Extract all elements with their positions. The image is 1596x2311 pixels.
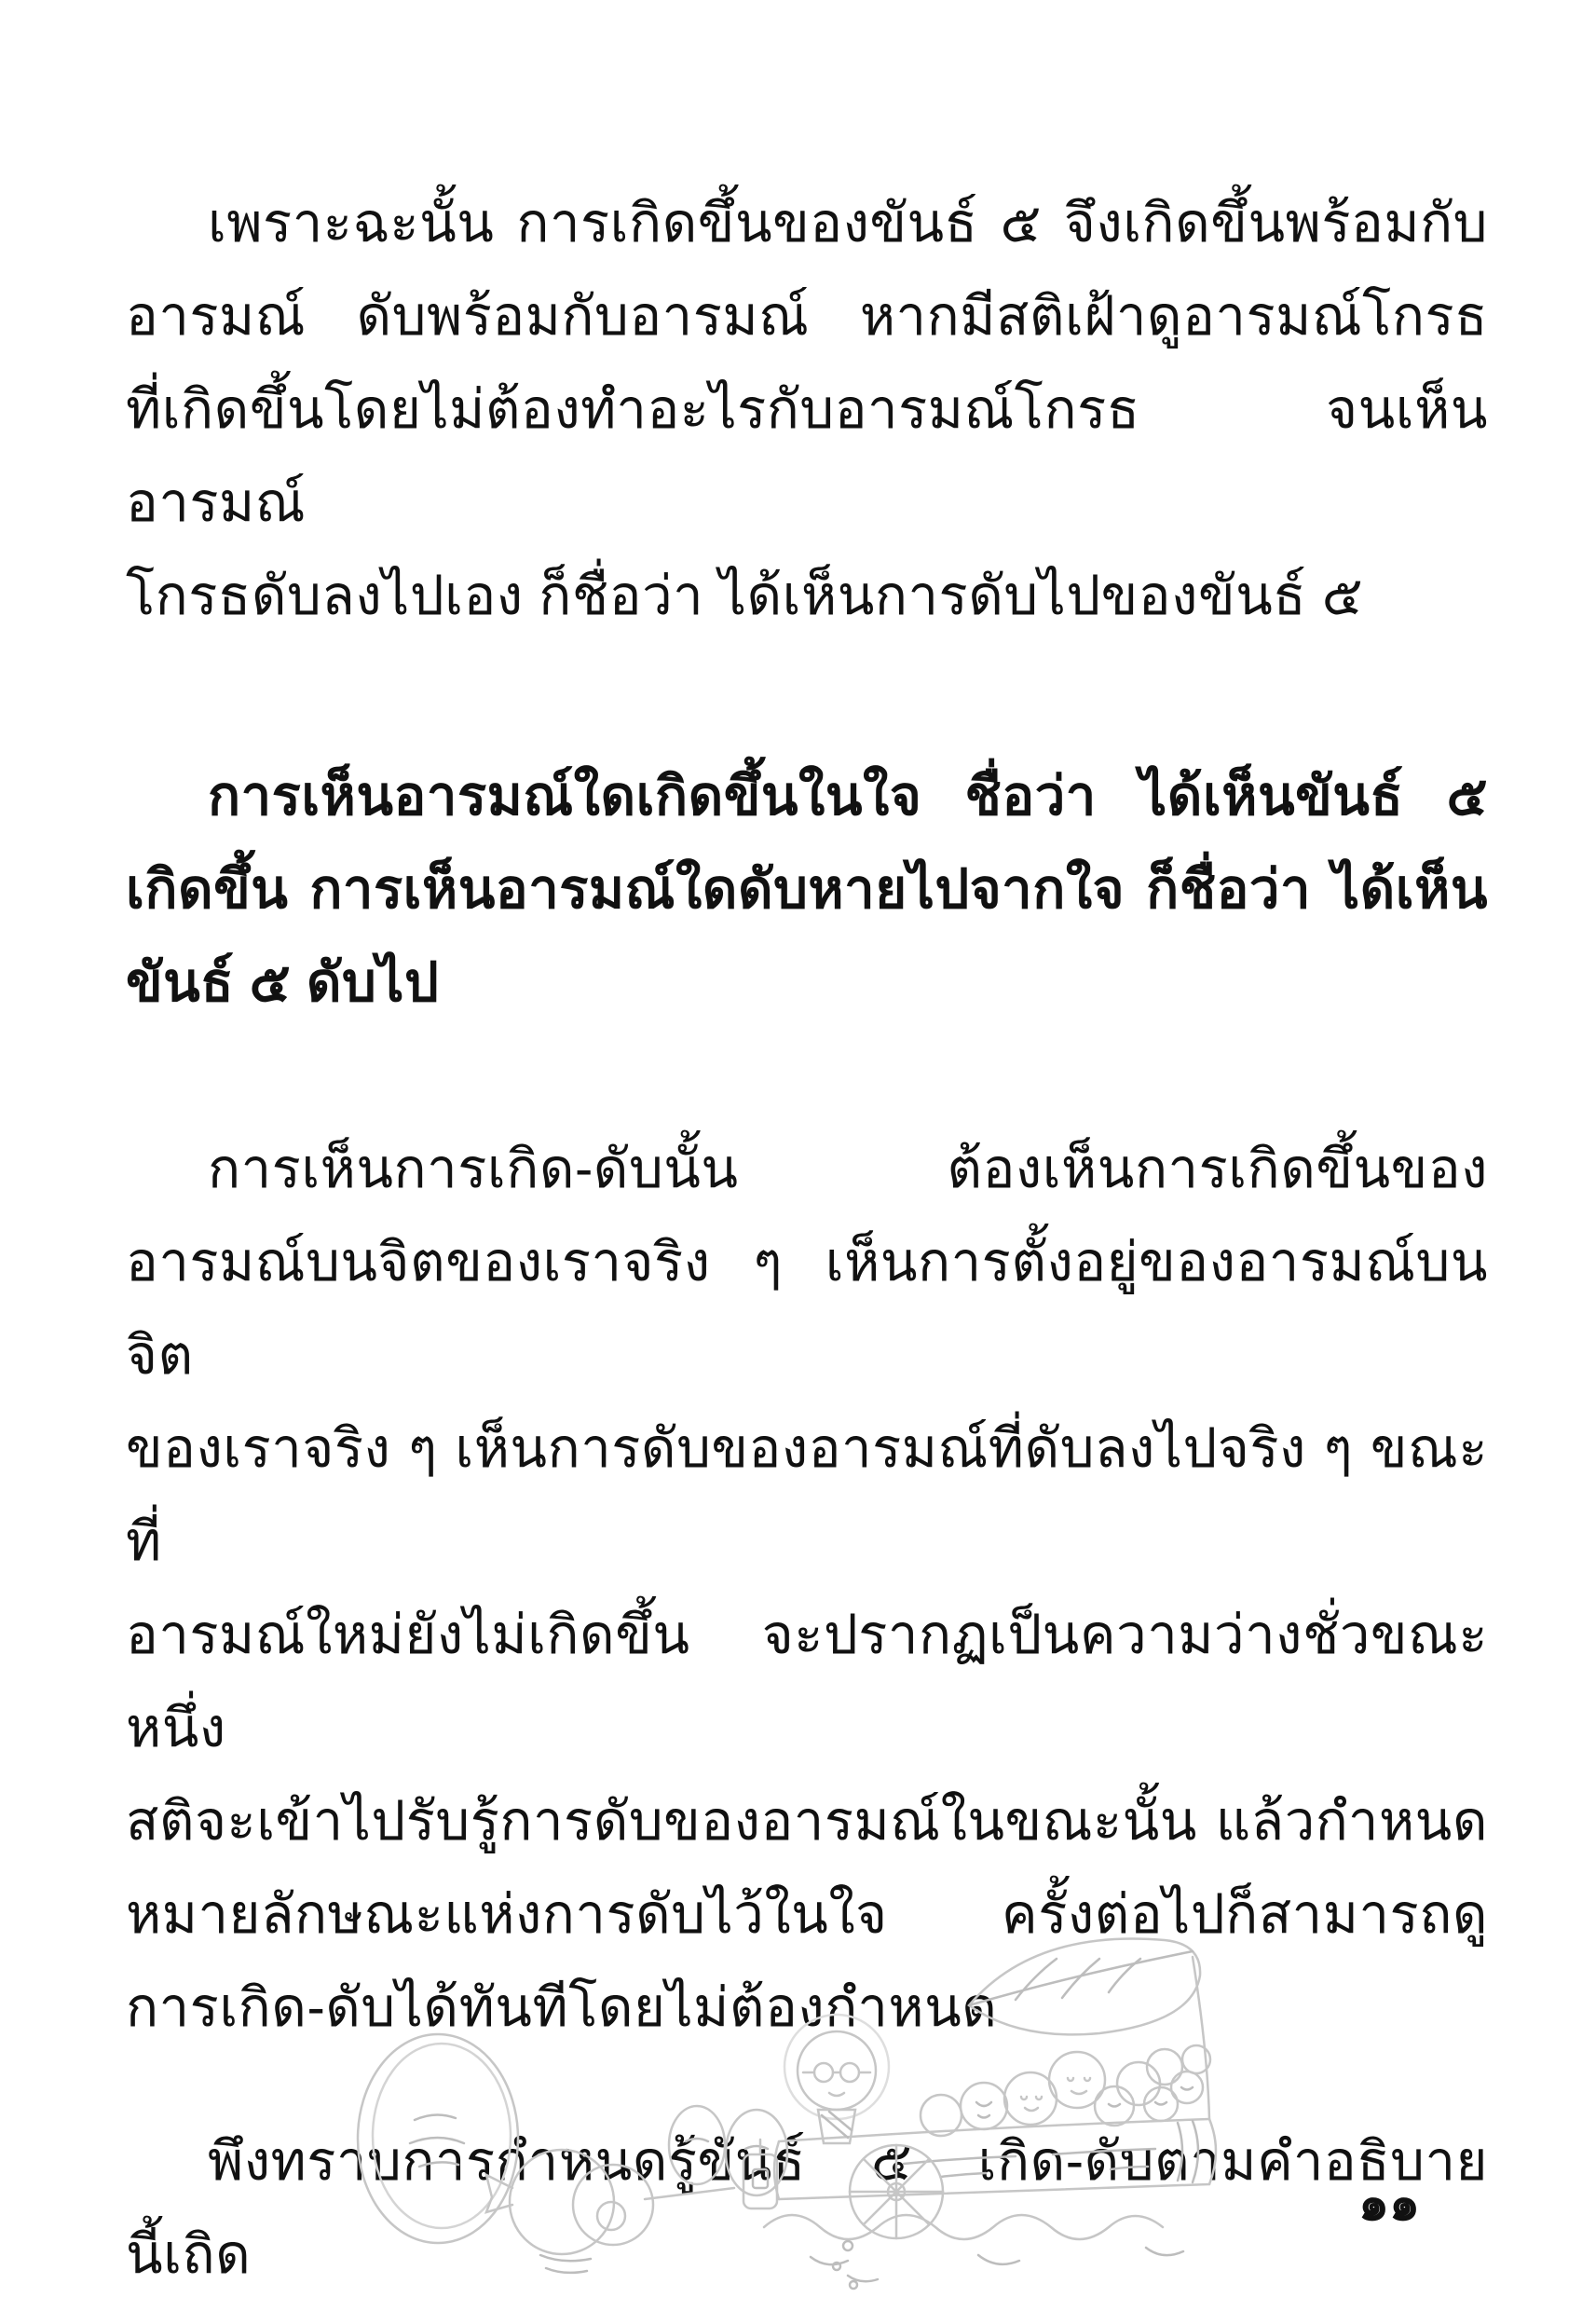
paragraph: การเห็นการเกิด-ดับนั้น ต้องเห็นการเกิดขึ… xyxy=(126,1123,1488,2055)
water-waves-icon xyxy=(764,2215,1183,2289)
text-line: อารมณ์ใหม่ยังไม่เกิดขึ้น จะปรากฏเป็นความ… xyxy=(126,1589,1488,1775)
book-page: เพราะฉะนั้น การเกิดขึ้นของขันธ์ ๕ จึงเกิ… xyxy=(0,0,1596,2311)
text-line: การเห็นการเกิด-ดับนั้น ต้องเห็นการเกิดขึ… xyxy=(126,1123,1488,1216)
passengers-icon xyxy=(784,2015,1210,2143)
paragraph-emphasis: การเห็นอารมณ์ใดเกิดขึ้นในใจ ชื่อว่า ได้เ… xyxy=(126,750,1488,1030)
snail-icon xyxy=(486,2150,734,2273)
wheel-icon xyxy=(850,2145,943,2238)
text-line: อารมณ์บนจิตของเราจริง ๆ เห็นการตั้งอยู่ข… xyxy=(126,1216,1488,1402)
text-line: เพราะฉะนั้น การเกิดขึ้นของขันธ์ ๕ จึงเกิ… xyxy=(126,177,1488,270)
text-line: อารมณ์ ดับพร้อมกับอารมณ์ หากมีสติเฝ้าดูอ… xyxy=(126,270,1488,363)
lantern-icon xyxy=(743,2140,777,2208)
speech-bubble-icon xyxy=(358,2034,518,2243)
text-line: เกิดขึ้น การเห็นอารมณ์ใดดับหายไปจากใจ ก็… xyxy=(126,843,1488,937)
paragraph: เพราะฉะนั้น การเกิดขึ้นของขันธ์ ๕ จึงเกิ… xyxy=(126,177,1488,643)
text-line: สติจะเข้าไปรับรู้การดับของอารมณ์ในขณะนั้… xyxy=(126,1775,1488,1868)
text-line: ที่เกิดขึ้นโดยไม่ต้องทำอะไรกับอารมณ์โกรธ… xyxy=(126,363,1488,550)
text-line: โกรธดับลงไปเอง ก็ชื่อว่า ได้เห็นการดับไป… xyxy=(126,550,1488,643)
page-number: ๑๑ xyxy=(1358,2164,1420,2241)
text-line: การเห็นอารมณ์ใดเกิดขึ้นในใจ ชื่อว่า ได้เ… xyxy=(126,750,1488,843)
small-speech-bubbles-icon xyxy=(669,2106,787,2195)
bottom-illustration xyxy=(326,1920,1248,2292)
text-line: ขันธ์ ๕ ดับไป xyxy=(126,937,1488,1030)
text-line: ของเราจริง ๆ เห็นการดับของอารมณ์ที่ดับลง… xyxy=(126,1402,1488,1589)
